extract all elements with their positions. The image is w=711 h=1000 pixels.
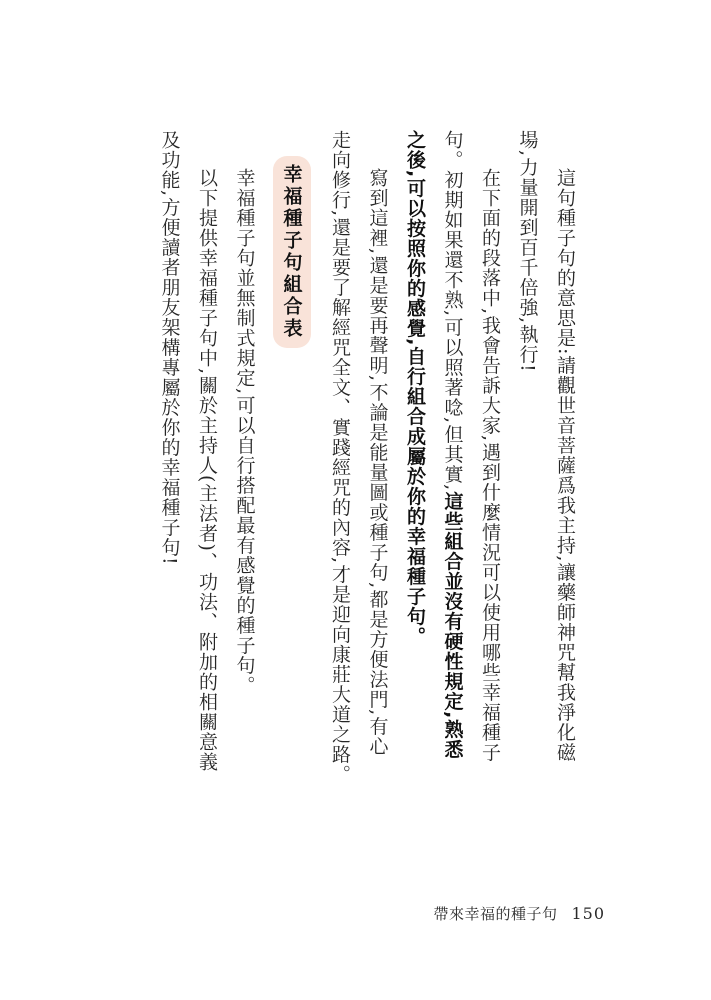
text-column-10: 及功能,方便讀者朋友架構專屬於你的幸福種子句! <box>150 130 188 825</box>
text-column-3: 在下面的段落中,我會告訴大家,遇到什麼情況可以使用哪些幸福種子 <box>471 130 509 825</box>
section-heading-pill: 幸福種子句組合表 <box>273 156 311 348</box>
text-column-9: 以下提供幸福種子句中,關於主持人(主法者)、功法、附加的相關意義 <box>188 130 226 825</box>
text-run-bold: 之後,可以按照你的感覺,自行組合成屬於你的幸福種子句。 <box>404 130 426 646</box>
text-run: 句。初期如果還不熟,可以照著唸,但其實, <box>442 130 464 491</box>
footer-page-number: 150 <box>571 904 605 923</box>
text-run: 走向修行,還是要了解經咒全文、實踐經咒的內容,才是迎向康莊大道之路。 <box>329 130 351 784</box>
text-column-8: 幸福種子句並無制式規定,可以自行搭配最有感覺的種子句。 <box>225 130 263 825</box>
text-column-5: 之後,可以按照你的感覺,自行組合成屬於你的幸福種子句。 <box>396 130 434 825</box>
text-run: 場,力量開到百千倍強,執行! <box>517 130 539 373</box>
footer-chapter-title: 帶來幸福的種子句 <box>433 903 557 924</box>
text-column-4: 句。初期如果還不熟,可以照著唸,但其實,這些組合並沒有硬性規定,熟悉 <box>433 130 471 825</box>
book-page: 這句種子句的意思是:請觀世音菩薩爲我主持,讓藥師神咒幫我淨化磁 場,力量開到百千… <box>0 0 711 1000</box>
text-run: 以下提供幸福種子句中,關於主持人(主法者)、功法、附加的相關意義 <box>196 168 218 772</box>
page-footer: 帶來幸福的種子句 150 <box>433 903 605 924</box>
text-run-bold: 這些組合並沒有硬性規定,熟悉 <box>442 491 464 759</box>
text-column-6: 寫到這裡,還是要再聲明,不論是能量圖或種子句,都是方便法門,有心 <box>358 130 396 825</box>
text-run: 在下面的段落中,我會告訴大家,遇到什麼情況可以使用哪些幸福種子 <box>479 168 501 762</box>
body-text: 這句種子句的意思是:請觀世音菩薩爲我主持,讓藥師神咒幫我淨化磁 場,力量開到百千… <box>150 130 583 825</box>
text-run: 這句種子句的意思是:請觀世音菩薩爲我主持,讓藥師神咒幫我淨化磁 <box>554 168 576 762</box>
text-run: 及功能,方便讀者朋友架構專屬於你的幸福種子句! <box>159 130 181 566</box>
text-run: 寫到這裡,還是要再聲明,不論是能量圖或種子句,都是方便法門,有心 <box>367 168 389 756</box>
text-column-7: 走向修行,還是要了解經咒全文、實踐經咒的內容,才是迎向康莊大道之路。 <box>321 130 359 825</box>
section-heading: 幸福種子句組合表 <box>273 130 311 825</box>
text-run: 幸福種子句並無制式規定,可以自行搭配最有感覺的種子句。 <box>234 168 256 695</box>
text-column-2: 場,力量開到百千倍強,執行! <box>508 130 546 825</box>
text-column-1: 這句種子句的意思是:請觀世音菩薩爲我主持,讓藥師神咒幫我淨化磁 <box>546 130 584 825</box>
